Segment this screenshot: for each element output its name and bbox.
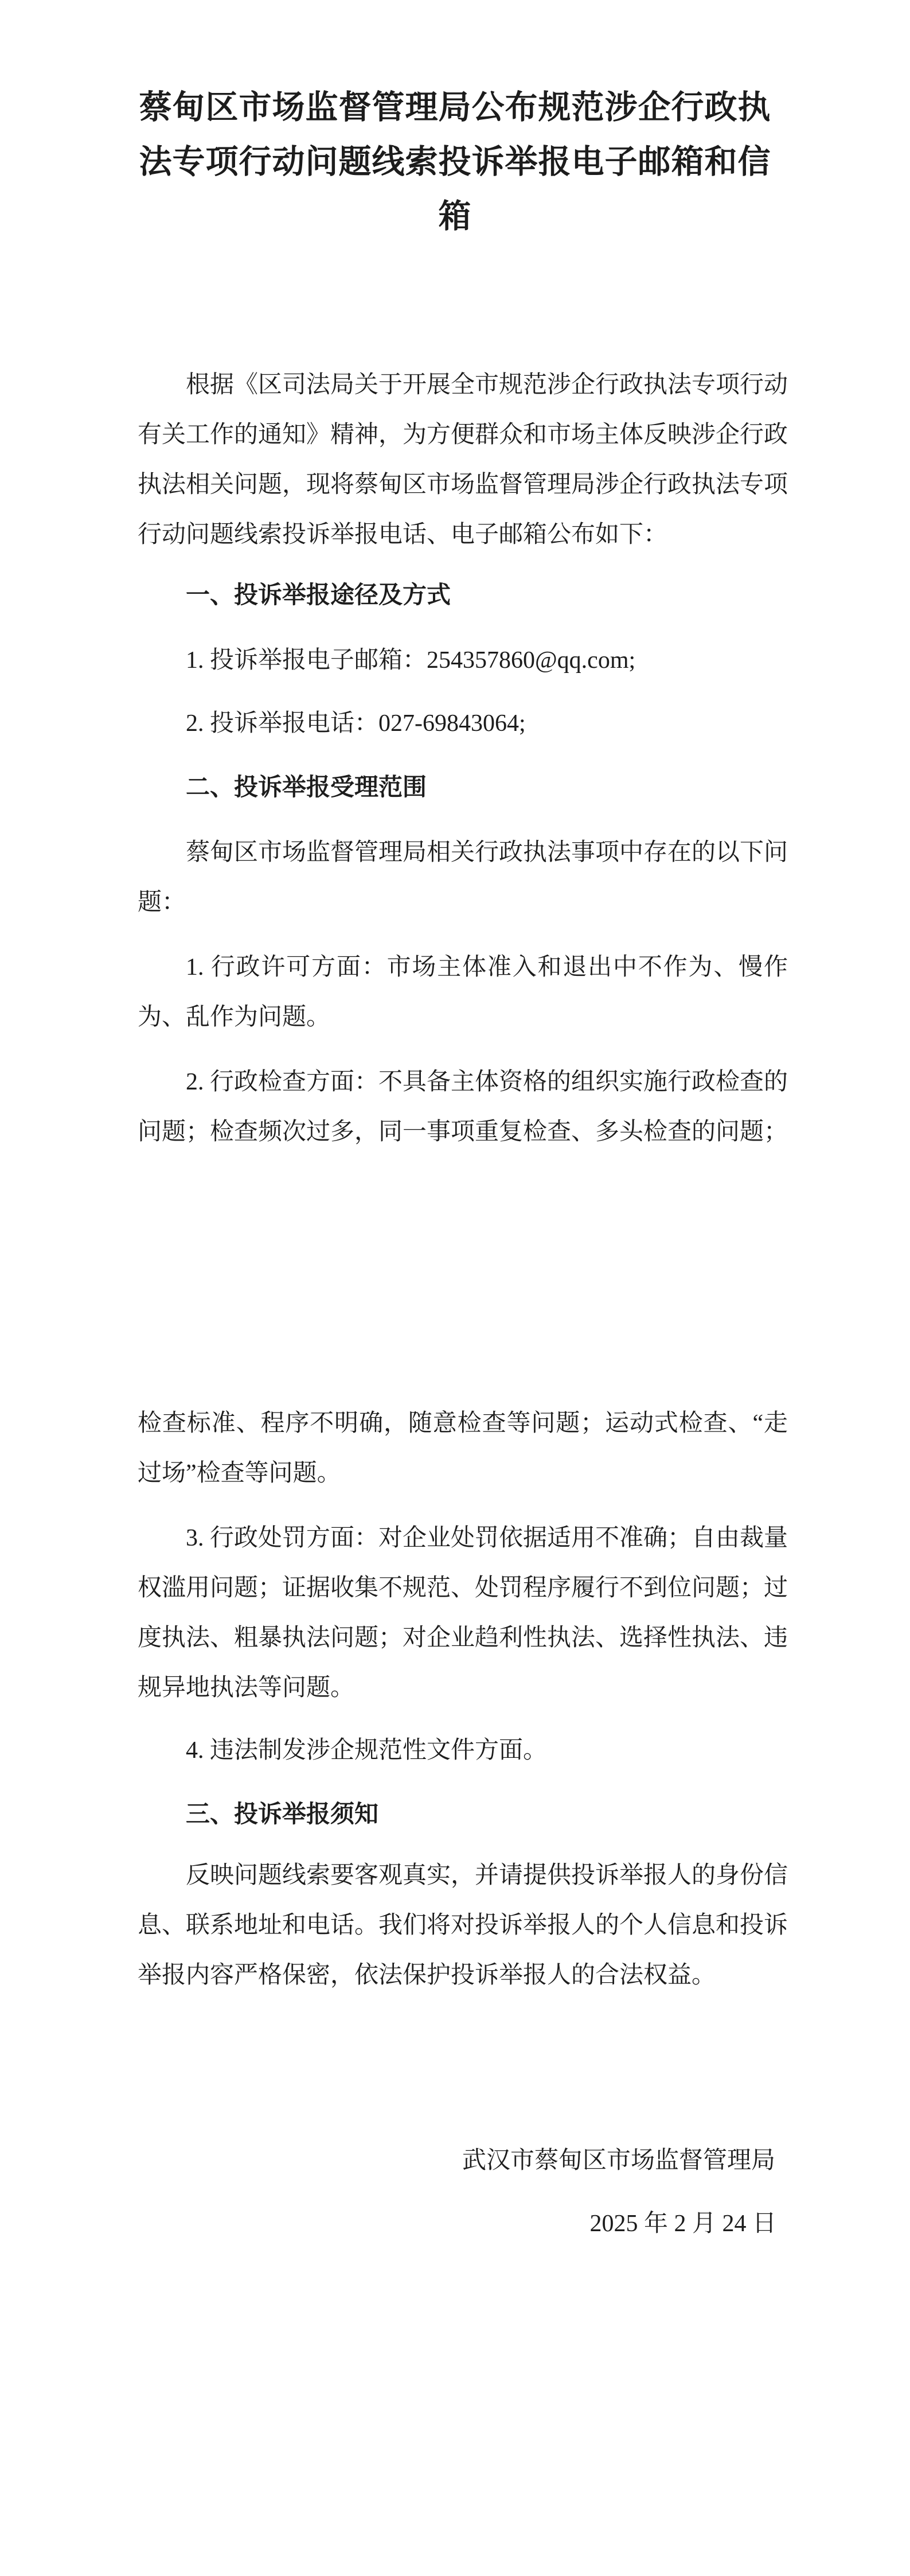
- section1-heading: 一、投诉举报途径及方式: [138, 570, 788, 620]
- complaint-email-item: 1. 投诉举报电子邮箱：254357860@qq.com;: [138, 636, 788, 686]
- document-body: 根据《区司法局关于开展全市规范涉企行政执法专项行动有关工作的通知》精神，为方便群…: [0, 360, 910, 2249]
- notice-paragraph: 反映问题线索要客观真实，并请提供投诉举报人的身份信息、联系地址和电话。我们将对投…: [138, 1851, 788, 2001]
- section3-heading: 三、投诉举报须知: [138, 1789, 788, 1839]
- intro-paragraph: 根据《区司法局关于开展全市规范涉企行政执法专项行动有关工作的通知》精神，为方便群…: [138, 360, 788, 560]
- section2-heading: 二、投诉举报受理范围: [138, 762, 788, 812]
- document-page: 蔡甸区市场监督管理局公布规范涉企行政执法专项行动问题线索投诉举报电子邮箱和信箱 …: [0, 0, 910, 2576]
- licensing-item: 1. 行政许可方面：市场主体准入和退出中不作为、慢作为、乱作为问题。: [138, 943, 788, 1042]
- signature-organization: 武汉市蔡甸区市场监督管理局: [138, 2136, 788, 2186]
- scope-intro-paragraph: 蔡甸区市场监督管理局相关行政执法事项中存在的以下问题：: [138, 828, 788, 928]
- complaint-phone-item: 2. 投诉举报电话：027-69843064;: [138, 699, 788, 749]
- inspection-item-part2: 检查标准、程序不明确，随意检查等问题；运动式检查、“走过场”检查等问题。: [138, 1399, 788, 1499]
- penalty-item: 3. 行政处罚方面：对企业处罚依据适用不准确；自由裁量权滥用问题；证据收集不规范…: [138, 1513, 788, 1713]
- signature-date: 2025 年 2 月 24 日: [138, 2199, 788, 2249]
- normative-documents-item: 4. 违法制发涉企规范性文件方面。: [138, 1726, 788, 1776]
- document-title: 蔡甸区市场监督管理局公布规范涉企行政执法专项行动问题线索投诉举报电子邮箱和信箱: [137, 80, 774, 244]
- inspection-item-part1: 2. 行政检查方面：不具备主体资格的组织实施行政检查的问题；检查频次过多，同一事…: [138, 1057, 788, 1157]
